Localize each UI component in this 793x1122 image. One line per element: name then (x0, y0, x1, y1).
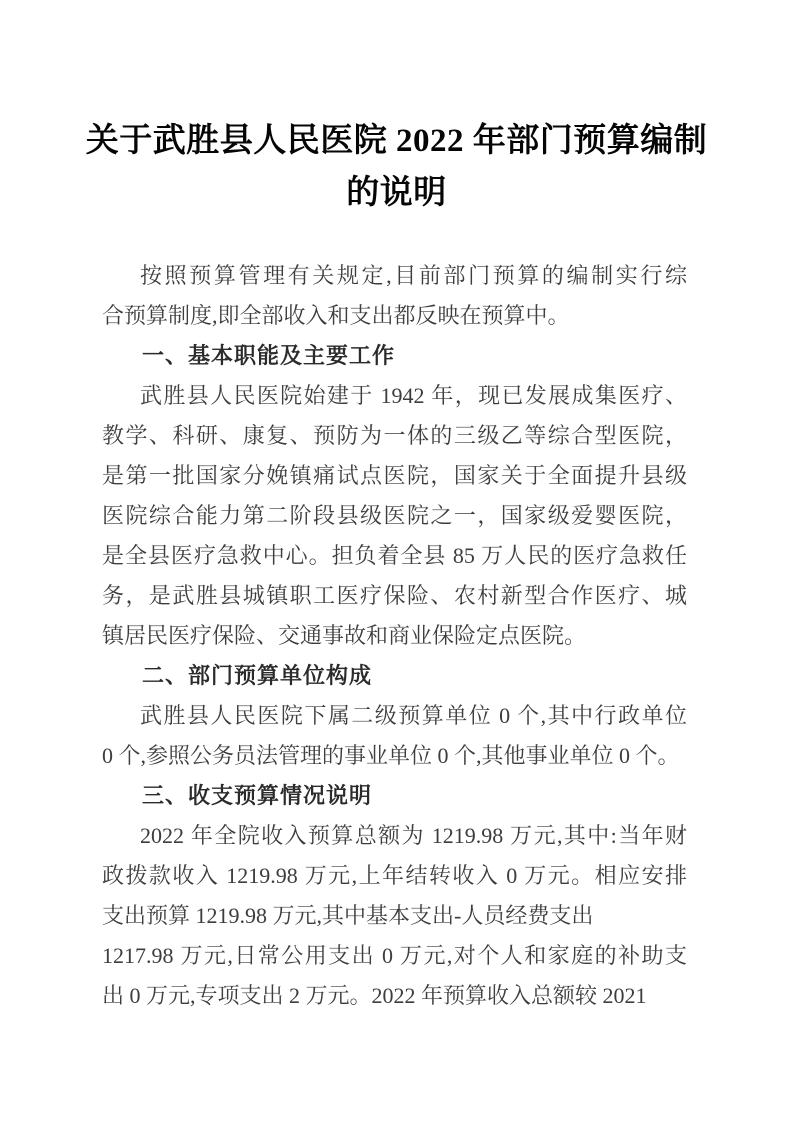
paragraph-line: 是第一批国家分娩镇痛试点医院，国家关于全面提升县级 (102, 456, 687, 496)
paragraph-line: 合预算制度,即全部收入和支出都反映在预算中。 (102, 296, 687, 336)
title-line-1: 关于武胜县人民医院 2022 年部门预算编制 (40, 115, 753, 167)
paragraph-line: 务，是武胜县城镇职工医疗保险、农村新型合作医疗、城 (102, 576, 687, 616)
paragraph-line: 出 0 万元,专项支出 2 万元。2022 年预算收入总额较 2021 (102, 976, 687, 1016)
paragraph-line: 1217.98 万元,日常公用支出 0 万元,对个人和家庭的补助支 (102, 936, 687, 976)
title-line-2: 的说明 (40, 167, 753, 219)
section-heading-2: 二、部门预算单位构成 (102, 656, 687, 696)
paragraph-line: 0 个,参照公务员法管理的事业单位 0 个,其他事业单位 0 个。 (102, 736, 687, 776)
section-heading-3: 三、收支预算情况说明 (102, 776, 687, 816)
paragraph-line: 按照预算管理有关规定,目前部门预算的编制实行综 (102, 256, 687, 296)
paragraph-line: 教学、科研、康复、预防为一体的三级乙等综合型医院， (102, 416, 687, 456)
section-heading-1: 一、基本职能及主要工作 (102, 336, 687, 376)
document-title: 关于武胜县人民医院 2022 年部门预算编制 的说明 (40, 115, 753, 219)
document-page: 关于武胜县人民医院 2022 年部门预算编制 的说明 按照预算管理有关规定,目前… (0, 0, 793, 1122)
paragraph-line: 镇居民医疗保险、交通事故和商业保险定点医院。 (102, 616, 687, 656)
paragraph-line: 2022 年全院收入预算总额为 1219.98 万元,其中:当年财 (102, 816, 687, 856)
paragraph-line: 是全县医疗急救中心。担负着全县 85 万人民的医疗急救任 (102, 536, 687, 576)
paragraph-line: 政拨款收入 1219.98 万元,上年结转收入 0 万元。相应安排 (102, 856, 687, 896)
paragraph-line: 医院综合能力第二阶段县级医院之一，国家级爱婴医院， (102, 496, 687, 536)
paragraph-line: 武胜县人民医院下属二级预算单位 0 个,其中行政单位 (102, 696, 687, 736)
paragraph-line: 武胜县人民医院始建于 1942 年，现已发展成集医疗、 (102, 376, 687, 416)
document-body: 按照预算管理有关规定,目前部门预算的编制实行综 合预算制度,即全部收入和支出都反… (102, 256, 687, 1016)
paragraph-line: 支出预算 1219.98 万元,其中基本支出-人员经费支出 (102, 896, 687, 936)
